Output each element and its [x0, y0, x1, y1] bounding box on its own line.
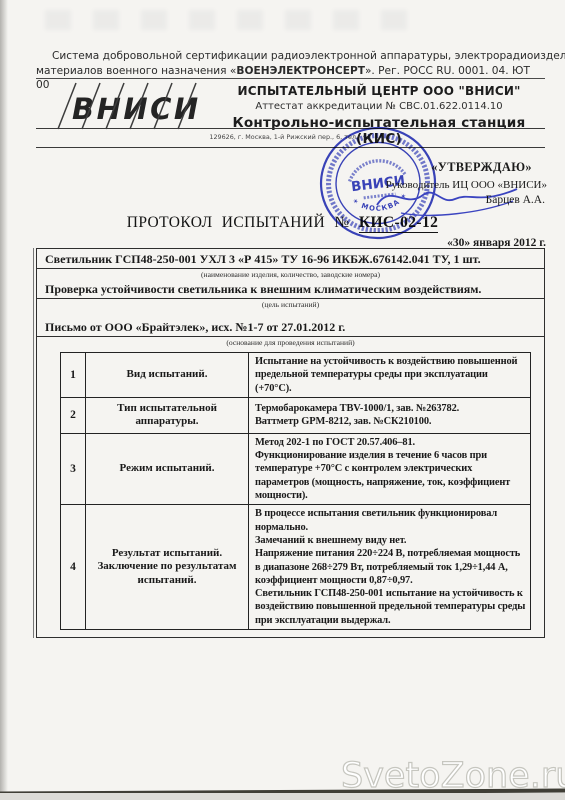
approve-heading: «УТВЕРЖДАЮ» — [372, 160, 547, 175]
test-row: 4Результат испытаний. Заключение по резу… — [61, 505, 531, 630]
test-content-paragraph: Замечаний к внешнему виду нет. — [255, 534, 526, 547]
header-rule-3 — [36, 147, 545, 148]
test-row: 2Тип испытательной аппаратуры.Термобарок… — [61, 397, 531, 433]
approval-block: «УТВЕРЖДАЮ» Руководитель ИЦ ООО «ВНИСИ» … — [372, 160, 547, 206]
header-rule-1 — [36, 78, 545, 79]
test-content-paragraph: Напряжение питания 220÷224 В, потребляем… — [255, 547, 526, 587]
test-item-caption: (наименование изделия, количество, завод… — [37, 269, 544, 279]
test-center-name: ИСПЫТАТЕЛЬНЫЙ ЦЕНТР ООО "ВНИСИ" — [212, 84, 546, 98]
approver-signature-icon — [371, 179, 521, 221]
watermark: SvetoZone.ru — [341, 756, 565, 796]
test-content-paragraph: В процессе испытания светильник функцион… — [255, 507, 526, 534]
test-row-number: 4 — [61, 505, 86, 630]
signature-1-icon — [275, 634, 395, 638]
header-rule-2 — [36, 128, 545, 129]
certification-line1: Система добровольной сертификации радиоэ… — [36, 49, 545, 64]
signatures-block: Испытания провели: Начальник КИС Ст. инж… — [37, 634, 544, 638]
test-goal-caption: (цель испытаний) — [37, 299, 544, 309]
test-row-content: В процессе испытания светильник функцион… — [249, 505, 531, 630]
test-row-content: Метод 202-1 по ГОСТ 20.57.406–81.Функцио… — [249, 433, 531, 504]
tests-table: 1Вид испытаний.Испытание на устойчивость… — [60, 352, 531, 630]
test-content-paragraph: Термобарокамера TBV-1000/1, зав. №263782… — [255, 402, 526, 415]
signatures-heading: Испытания провели: — [37, 635, 259, 638]
test-row-number: 2 — [61, 397, 86, 433]
test-content-paragraph: Светильник ГСП48-250-001 испытание на ус… — [255, 587, 526, 627]
accreditation-line: Аттестат аккредитации № СВС.01.622.0114.… — [212, 101, 546, 112]
outer-frame-companion-line — [33, 248, 34, 638]
test-item-line: Светильник ГСП48-250-001 УХЛ 3 «Р 415» Т… — [37, 249, 544, 269]
certification-line2-bold: ВОЕНЭЛЕКТРОНСЕРТ — [236, 65, 365, 77]
test-basis-line: Письмо от ООО «Брайтэлек», исх. №1-7 от … — [37, 318, 544, 337]
test-content-paragraph: Испытание на устойчивость к воздействию … — [255, 355, 526, 395]
test-row-label: Вид испытаний. — [86, 353, 249, 398]
test-content-paragraph: Ваттметр GPM-8212, зав. №СК210100. — [255, 415, 526, 428]
scan-bleed-through — [45, 10, 425, 30]
scanned-protocol-page: { "page": { "watermark": "SvetoZone.ru" … — [0, 0, 565, 800]
test-row-label: Результат испытаний. Заключение по резул… — [86, 505, 249, 630]
test-row-number: 1 — [61, 353, 86, 398]
test-row-number: 3 — [61, 433, 86, 504]
certification-line2-prefix: материалов военного назначения « — [36, 65, 236, 77]
tests-table-body: 1Вид испытаний.Испытание на устойчивость… — [61, 353, 531, 630]
test-row: 1Вид испытаний.Испытание на устойчивость… — [61, 353, 531, 398]
test-goal-line: Проверка устойчивости светильника к внеш… — [37, 279, 544, 299]
protocol-title-prefix: ПРОТОКОЛ ИСПЫТАНИЙ № — [127, 214, 350, 231]
vnisi-logo-icon: ВНИСИ — [56, 82, 212, 130]
test-row-content: Испытание на устойчивость к воздействию … — [249, 353, 531, 398]
test-content-paragraph: Функционирование изделия в течение 6 час… — [255, 449, 526, 502]
page-left-edge-shadow — [0, 0, 8, 800]
protocol-body-frame: Светильник ГСП48-250-001 УХЛ 3 «Р 415» Т… — [36, 248, 545, 638]
test-row-content: Термобарокамера TBV-1000/1, зав. №263782… — [249, 397, 531, 433]
test-content-paragraph: Метод 202-1 по ГОСТ 20.57.406–81. — [255, 436, 526, 449]
org-address: 129626, г. Москва, 1-й Рижский пер., 6, … — [36, 133, 545, 141]
test-row: 3Режим испытаний.Метод 202-1 по ГОСТ 20.… — [61, 433, 531, 504]
test-basis-caption: (основание для проведения испытаний) — [37, 337, 544, 347]
test-row-label: Режим испытаний. — [86, 433, 249, 504]
test-row-label: Тип испытательной аппаратуры. — [86, 397, 249, 433]
